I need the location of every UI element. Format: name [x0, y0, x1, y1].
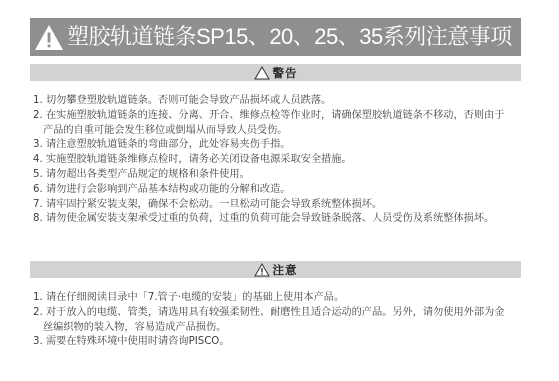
list-item-continuation: 丝编织物的装入物，容易造成产品损伤。	[33, 321, 533, 336]
caution-section-header: 注意	[30, 261, 521, 278]
list-item: 1. 切勿攀登塑胶轨道链条。否则可能会导致产品损坏或人员跌落。	[33, 94, 533, 109]
warning-section-label: 警告	[273, 65, 298, 81]
list-item-continuation: 产品的自重可能会发生移位或倒塌从而导致人员受伤。	[33, 124, 533, 139]
list-item: 8. 请勿使金属安装支架承受过重的负荷，过重的负荷可能会导致链条脱落、人员受伤及…	[33, 212, 533, 227]
list-item: 4. 实施塑胶轨道链条维修点检时，请务必关闭设备电源采取安全措施。	[33, 153, 533, 168]
warning-icon	[34, 23, 64, 51]
warning-list: 1. 切勿攀登塑胶轨道链条。否则可能会导致产品损坏或人员跌落。 2. 在实施塑胶…	[33, 94, 533, 227]
caution-section-label: 注意	[273, 262, 298, 278]
warning-section-header: 警告	[30, 64, 521, 81]
page-title: 塑胶轨道链条SP15、20、25、35系列注意事项	[67, 26, 512, 48]
list-item: 6. 请勿进行会影响到产品基本结构或功能的分解和改造。	[33, 183, 533, 198]
caution-icon	[254, 263, 270, 277]
list-item: 1. 请在仔细阅读目录中「7.管子·电缆的安装」的基础上使用本产品。	[33, 291, 533, 306]
caution-list: 1. 请在仔细阅读目录中「7.管子·电缆的安装」的基础上使用本产品。 2. 对于…	[33, 291, 533, 350]
list-item: 7. 请牢固拧紧安装支架，确保不会松动。一旦松动可能会导致系统整体损坏。	[33, 198, 533, 213]
title-bar: 塑胶轨道链条SP15、20、25、35系列注意事项	[30, 18, 521, 56]
list-item: 5. 请勿超出各类型产品规定的规格和条件使用。	[33, 168, 533, 183]
list-item: 2. 在实施塑胶轨道链条的连接、分离、开合、维修点检等作业时，请确保塑胶轨道链条…	[33, 109, 533, 124]
warning-outline-icon	[254, 66, 270, 80]
list-item: 3. 需要在特殊环境中使用时请咨询PISCO。	[33, 335, 533, 350]
list-item: 2. 对于放入的电缆、管类，请选用具有较强柔韧性、耐磨性且适合运动的产品。另外，…	[33, 306, 533, 321]
list-item: 3. 请注意塑胶轨道链条的弯曲部分，此处容易夹伤手指。	[33, 138, 533, 153]
